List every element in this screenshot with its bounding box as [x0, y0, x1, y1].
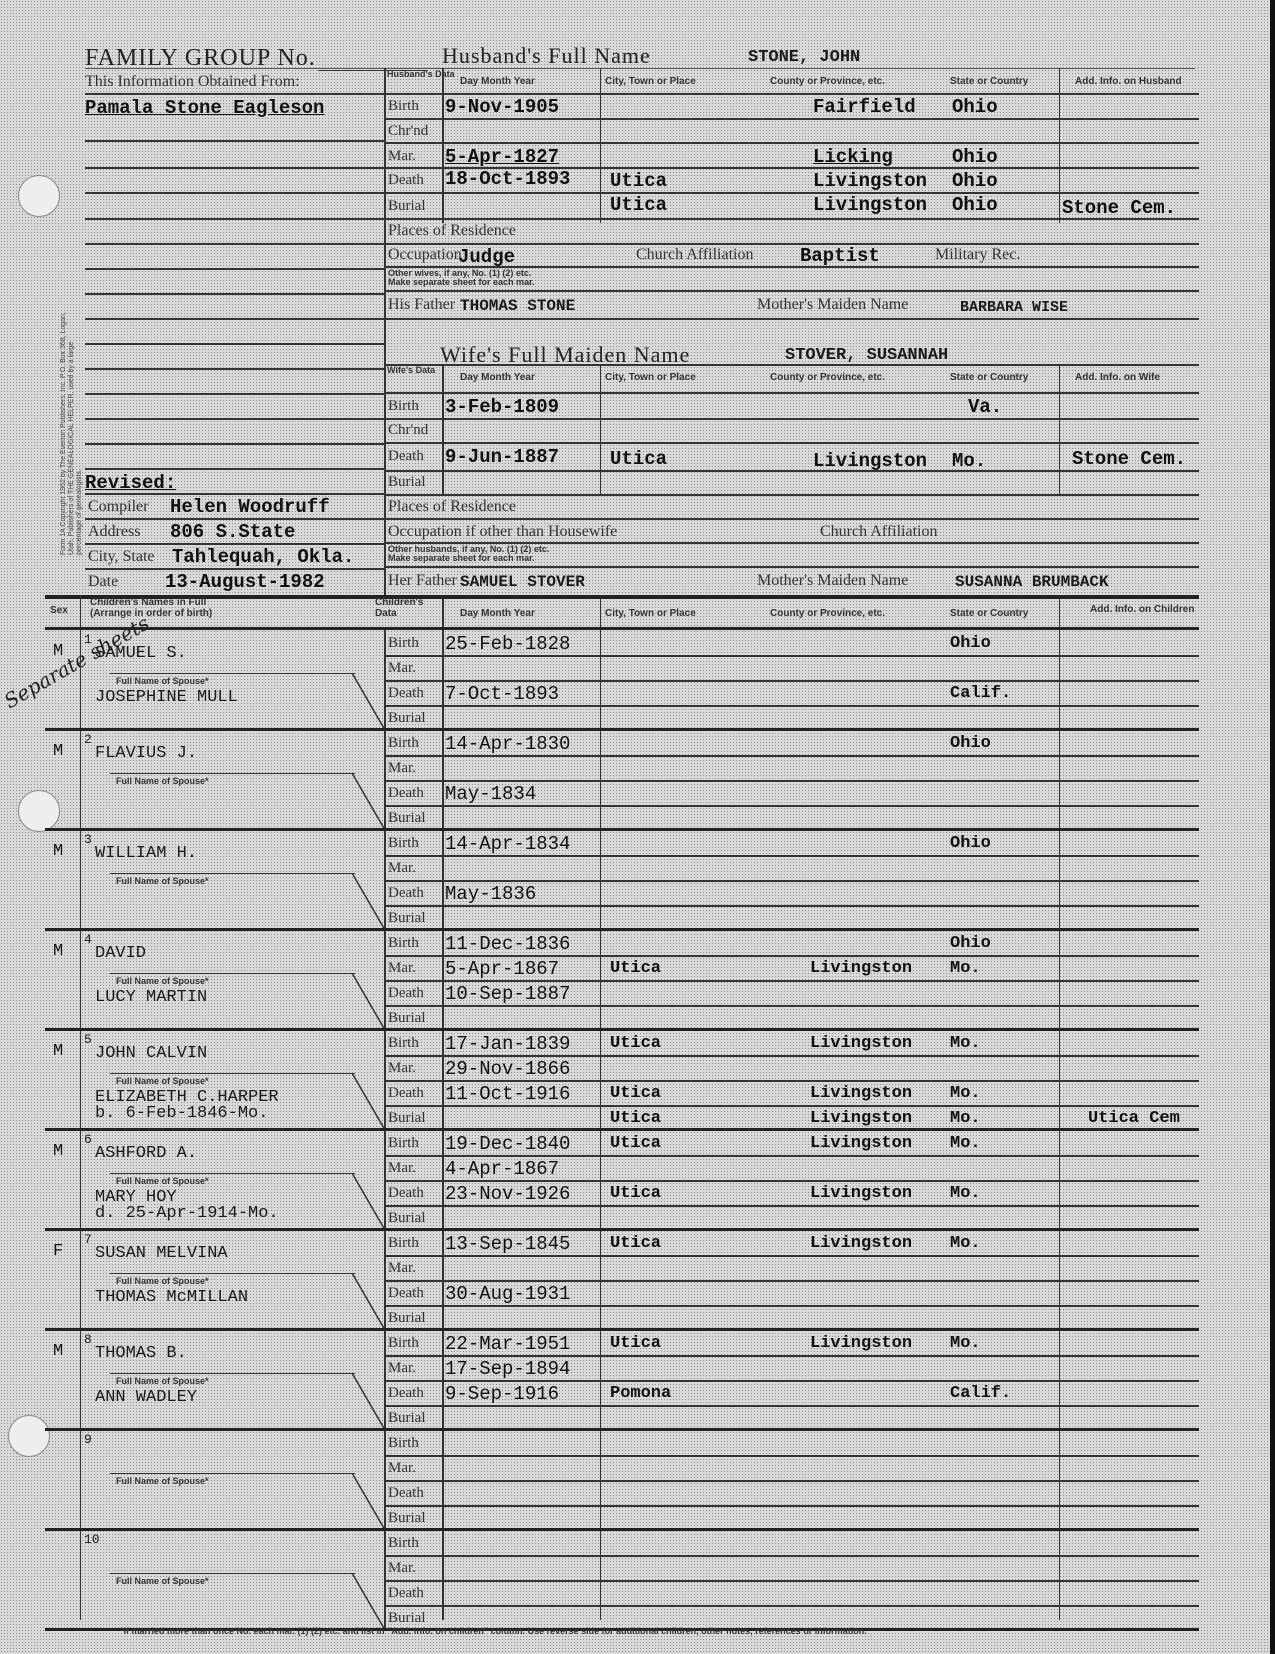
event-label: Birth	[388, 935, 419, 952]
info-obtained-from[interactable]: Pamala Stone Eagleson	[85, 97, 324, 119]
event-date[interactable]: 25-Feb-1828	[445, 633, 570, 655]
event-date[interactable]: 23-Nov-1926	[445, 1183, 570, 1205]
event-label: Death	[388, 1585, 424, 1602]
divider	[85, 140, 385, 142]
divider	[110, 873, 355, 874]
husband-name-label: Husband's Full Name	[442, 43, 651, 69]
event-label: Birth	[388, 98, 419, 115]
divider	[384, 418, 1199, 420]
event-city[interactable]: Utica	[610, 170, 667, 192]
divider	[384, 1030, 386, 1130]
divider	[384, 705, 1199, 707]
event-label: Mar.	[388, 1260, 416, 1277]
event-date[interactable]: May-1834	[445, 783, 536, 805]
her-mother[interactable]: SUSANNA BRUMBACK	[955, 573, 1109, 591]
divider	[85, 243, 385, 245]
event-county[interactable]: Livingston	[810, 1134, 912, 1153]
divider	[384, 1180, 1199, 1182]
event-label: Burial	[388, 1210, 426, 1227]
divider	[384, 93, 1199, 95]
col-city-header: City, Town or Place	[605, 372, 696, 383]
divider	[85, 368, 385, 370]
child-number: 6	[84, 1132, 92, 1147]
divider	[384, 1155, 1199, 1157]
divider	[600, 68, 601, 223]
event-state[interactable]: Ohio	[950, 734, 991, 753]
spouse-label: Full Name of Spouse*	[116, 776, 209, 786]
event-state[interactable]: Mo.	[950, 1109, 981, 1128]
event-label: Birth	[388, 1235, 419, 1252]
event-date[interactable]: 7-Oct-1893	[445, 683, 559, 705]
event-county[interactable]: Livingston	[813, 450, 927, 472]
divider	[384, 1355, 1199, 1357]
header-line: (Arrange in order of birth)	[90, 608, 212, 619]
punch-hole	[8, 1415, 50, 1457]
divider	[384, 318, 1199, 320]
note-line: Make separate sheet for each mar.	[388, 553, 535, 563]
event-label: Burial	[388, 710, 426, 727]
divider	[384, 1480, 1199, 1482]
child-sex[interactable]: M	[53, 642, 63, 661]
event-add-info[interactable]: Stone Cem.	[1062, 197, 1176, 219]
event-date[interactable]: May-1836	[445, 883, 536, 905]
event-label: Death	[388, 1485, 424, 1502]
child-sex[interactable]: M	[53, 842, 63, 861]
event-label: Birth	[388, 398, 419, 415]
spouse-label: Full Name of Spouse*	[116, 1376, 209, 1386]
spouse-label: Full Name of Spouse*	[116, 1276, 209, 1286]
event-label: Death	[388, 985, 424, 1002]
event-state[interactable]: Mo.	[952, 450, 986, 472]
divider	[384, 1580, 1199, 1582]
divider	[85, 468, 385, 470]
spouse-name[interactable]: ANN WADLEY	[95, 1388, 197, 1407]
event-date[interactable]: 5-Apr-1867	[445, 958, 559, 980]
col-date-header: Day Month Year	[460, 372, 535, 383]
divider	[442, 364, 444, 494]
event-date[interactable]: 17-Jan-1839	[445, 1033, 570, 1055]
divider	[384, 1330, 386, 1430]
child-sex[interactable]: M	[53, 1042, 63, 1061]
divider	[384, 494, 1199, 496]
divider	[110, 1373, 355, 1374]
footer-note: *If married more than once No. each mar.…	[120, 1626, 867, 1636]
divider	[384, 630, 386, 730]
child-name[interactable]: ASHFORD A.	[95, 1144, 197, 1163]
event-date[interactable]: 4-Apr-1867	[445, 1158, 559, 1180]
wife-data-header: Wife's Data	[387, 366, 435, 375]
event-county[interactable]: Livingston	[810, 1334, 912, 1353]
event-label: Mar.	[388, 1360, 416, 1377]
event-label: Mar.	[388, 1460, 416, 1477]
event-label: Birth	[388, 1035, 419, 1052]
event-date[interactable]: 11-Oct-1916	[445, 1083, 570, 1105]
event-city[interactable]: Utica	[610, 1034, 661, 1053]
divider	[384, 364, 1199, 366]
divider	[1059, 68, 1060, 223]
divider	[85, 568, 385, 570]
child-number: 1	[84, 632, 92, 647]
address-value[interactable]: 806 S.State	[170, 521, 295, 543]
event-date[interactable]: 9-Jun-1887	[445, 446, 559, 468]
event-county[interactable]: Livingston	[813, 194, 927, 216]
copyright-notice: Form 1A Copyright 1962 by The Everton Pu…	[60, 305, 84, 555]
event-date[interactable]: 30-Aug-1931	[445, 1283, 570, 1305]
child-sex[interactable]: F	[53, 1242, 63, 1261]
divider	[384, 730, 386, 830]
event-state[interactable]: Mo.	[950, 1034, 981, 1053]
divider	[85, 268, 385, 270]
child-sex[interactable]: M	[53, 1142, 63, 1161]
event-label: Birth	[388, 1335, 419, 1352]
spouse-label: Full Name of Spouse*	[116, 876, 209, 886]
child-name[interactable]: DAVID	[95, 944, 146, 963]
spouse-label: Full Name of Spouse*	[116, 1076, 209, 1086]
divider	[384, 192, 1199, 194]
child-number: 8	[84, 1332, 92, 1347]
divider	[384, 680, 1199, 682]
event-label: Burial	[388, 198, 426, 215]
child-number: 3	[84, 832, 92, 847]
child-name[interactable]: THOMAS B.	[95, 1344, 187, 1363]
her-father[interactable]: SAMUEL STOVER	[460, 573, 585, 591]
event-label: Mar.	[388, 960, 416, 977]
divider	[110, 1573, 355, 1574]
event-label: Death	[388, 1285, 424, 1302]
wife-occupation-label: Occupation if other than Housewife	[388, 523, 617, 541]
event-label: Birth	[388, 635, 419, 652]
divider	[384, 1055, 1199, 1057]
event-date[interactable]: 5-Apr-1827	[445, 146, 559, 168]
child-name[interactable]: JOHN CALVIN	[95, 1044, 207, 1063]
other-wives-note: Other wives, if any, No. (1) (2) etc.Mak…	[388, 269, 535, 287]
divider	[384, 830, 386, 930]
event-county[interactable]: Livingston	[813, 170, 927, 192]
event-label: Burial	[388, 1310, 426, 1327]
event-state[interactable]: Mo.	[950, 1334, 981, 1353]
event-date[interactable]: 14-Apr-1834	[445, 833, 570, 855]
divider	[85, 93, 385, 95]
event-state[interactable]: Mo.	[950, 1234, 981, 1253]
divider	[442, 68, 444, 223]
divider	[45, 595, 1199, 599]
her-father-label: Her Father	[388, 572, 457, 590]
his-father-label: His Father	[388, 296, 455, 314]
col-city-header: City, Town or Place	[605, 608, 696, 619]
event-state[interactable]: Mo.	[950, 1134, 981, 1153]
event-label: Burial	[388, 1410, 426, 1427]
date-label: Date	[88, 573, 118, 591]
divider	[384, 566, 1199, 568]
event-label: Birth	[388, 835, 419, 852]
divider	[384, 855, 1199, 857]
divider	[85, 493, 385, 495]
divider	[600, 364, 601, 494]
his-father[interactable]: THOMAS STONE	[460, 297, 575, 315]
spouse-label: Full Name of Spouse*	[116, 1476, 209, 1486]
wife-residence-label: Places of Residence	[388, 498, 516, 516]
divider	[384, 1105, 1199, 1107]
divider	[384, 1405, 1199, 1407]
child-sex[interactable]: M	[53, 1342, 63, 1361]
child-number: 10	[84, 1532, 100, 1547]
event-state[interactable]: Ohio	[952, 194, 998, 216]
spouse-name[interactable]: LUCY MARTIN	[95, 988, 207, 1007]
event-county[interactable]: Livingston	[810, 1109, 912, 1128]
event-state[interactable]: Ohio	[952, 146, 998, 168]
col-add-children-header: Add. Info. on Children	[1090, 604, 1198, 615]
event-label: Burial	[388, 1110, 426, 1127]
divider	[110, 973, 355, 974]
event-label: Mar.	[388, 760, 416, 777]
divider	[384, 880, 1199, 882]
divider	[85, 167, 385, 169]
child-number: 5	[84, 1032, 92, 1047]
divider	[384, 1555, 1199, 1557]
event-add-info[interactable]: Stone Cem.	[1072, 448, 1186, 470]
event-label: Mar.	[388, 860, 416, 877]
divider	[384, 1255, 1199, 1257]
child-name[interactable]: SUSAN MELVINA	[95, 1244, 228, 1263]
event-state[interactable]: Ohio	[952, 170, 998, 192]
revised-label: Revised:	[85, 472, 176, 494]
col-add-wife-header: Add. Info. on Wife	[1075, 372, 1160, 383]
husband-name[interactable]: STONE, JOHN	[748, 48, 860, 67]
event-county[interactable]: Fairfield	[813, 96, 916, 118]
info-obtained-label: This Information Obtained From:	[85, 73, 300, 91]
husband-church[interactable]: Baptist	[800, 245, 880, 267]
event-state[interactable]: Ohio	[950, 934, 991, 953]
page-edge	[1270, 0, 1275, 1654]
event-label: Death	[388, 885, 424, 902]
child-sex[interactable]: M	[53, 942, 63, 961]
event-label: Birth	[388, 1535, 419, 1552]
event-state[interactable]: Calif.	[950, 1384, 1011, 1403]
divider	[384, 655, 1199, 657]
event-state[interactable]: Ohio	[950, 834, 991, 853]
address-label: Address	[88, 523, 140, 541]
col-city-header: City, Town or Place	[605, 76, 696, 87]
divider	[384, 805, 1199, 807]
event-city[interactable]: Utica	[610, 1334, 661, 1353]
husband-church-label: Church Affiliation	[636, 246, 753, 264]
divider	[85, 543, 385, 545]
divider	[384, 1205, 1199, 1207]
divider	[384, 905, 1199, 907]
divider	[384, 118, 1199, 120]
event-label: Birth	[388, 1435, 419, 1452]
spouse-name[interactable]: JOSEPHINE MULL	[95, 688, 238, 707]
child-name[interactable]: FLAVIUS J.	[95, 744, 197, 763]
city-state-label: City, State	[88, 548, 155, 566]
event-label: Mar.	[388, 1060, 416, 1077]
divider	[384, 243, 1199, 245]
divider	[85, 318, 385, 320]
header-line: Children's Names in Full	[90, 597, 206, 608]
compiler-name[interactable]: Helen Woodruff	[170, 496, 330, 518]
col-add-husband-header: Add. Info. on Husband	[1075, 76, 1195, 87]
divider	[85, 518, 385, 520]
divider	[85, 418, 385, 420]
punch-hole	[18, 175, 60, 217]
event-label: Death	[388, 1385, 424, 1402]
event-state[interactable]: Ohio	[952, 96, 998, 118]
husband-occupation-label: Occupation	[388, 246, 462, 264]
spouse-label: Full Name of Spouse*	[116, 976, 209, 986]
event-label: Death	[388, 1085, 424, 1102]
divider	[384, 1080, 1199, 1082]
event-date[interactable]: 10-Sep-1887	[445, 983, 570, 1005]
divider	[384, 518, 1199, 520]
divider	[110, 1273, 355, 1274]
his-mother-label: Mother's Maiden Name	[757, 296, 908, 314]
divider	[384, 980, 1199, 982]
event-date[interactable]: 9-Nov-1905	[445, 96, 559, 118]
child-number: 7	[84, 1232, 92, 1247]
divider	[1059, 364, 1060, 494]
divider	[85, 218, 385, 220]
divider	[85, 192, 385, 194]
event-county[interactable]: Licking	[813, 146, 893, 168]
event-state[interactable]: Va.	[968, 396, 1002, 418]
city-state-value[interactable]: Tahlequah, Okla.	[172, 546, 354, 568]
col-date-header: Day Month Year	[460, 76, 535, 87]
event-county[interactable]: Livingston	[810, 1084, 912, 1103]
wife-church-label: Church Affiliation	[820, 523, 937, 541]
event-city[interactable]: Utica	[610, 1184, 661, 1203]
event-date[interactable]: 22-Mar-1951	[445, 1333, 570, 1355]
wife-name[interactable]: STOVER, SUSANNAH	[785, 346, 948, 365]
event-city[interactable]: Utica	[610, 1134, 661, 1153]
spouse-note[interactable]: b. 6-Feb-1846-Mo.	[95, 1104, 268, 1123]
event-city[interactable]: Utica	[610, 959, 661, 978]
divider	[384, 470, 1199, 472]
col-county-header: County or Province, etc.	[770, 608, 885, 619]
event-city[interactable]: Utica	[610, 1084, 661, 1103]
child-sex[interactable]: M	[53, 742, 63, 761]
other-husbands-note: Other husbands, if any, No. (1) (2) etc.…	[388, 545, 549, 563]
date-value[interactable]: 13-August-1982	[165, 571, 325, 593]
event-label: Birth	[388, 1135, 419, 1152]
divider	[110, 1073, 355, 1074]
sex-header: Sex	[50, 605, 68, 616]
col-state-header: State or Country	[950, 608, 1028, 619]
divider	[384, 1505, 1199, 1507]
child-name[interactable]: SAMUEL S.	[95, 644, 187, 663]
event-county[interactable]: Livingston	[810, 1184, 912, 1203]
event-date[interactable]: 29-Nov-1866	[445, 1058, 570, 1080]
event-city[interactable]: Utica	[610, 1109, 661, 1128]
divider	[384, 930, 386, 1030]
divider	[384, 780, 1199, 782]
event-state[interactable]: Mo.	[950, 1084, 981, 1103]
event-city[interactable]: Utica	[610, 194, 667, 216]
divider	[384, 392, 1199, 394]
event-date[interactable]: 13-Sep-1845	[445, 1233, 570, 1255]
spouse-note[interactable]: d. 25-Apr-1914-Mo.	[95, 1204, 279, 1223]
event-state[interactable]: Ohio	[950, 634, 991, 653]
col-state-header: State or Country	[950, 372, 1028, 383]
child-number: 4	[84, 932, 92, 947]
event-date[interactable]: 17-Sep-1894	[445, 1358, 570, 1380]
event-label: Death	[388, 785, 424, 802]
event-date[interactable]: 11-Dec-1836	[445, 933, 570, 955]
child-number: 9	[84, 1432, 92, 1447]
event-label: Burial	[388, 810, 426, 827]
event-state[interactable]: Calif.	[950, 684, 1011, 703]
event-label: Birth	[388, 735, 419, 752]
event-city[interactable]: Pomona	[610, 1384, 671, 1403]
spouse-label: Full Name of Spouse*	[116, 1176, 209, 1186]
event-label: Burial	[388, 910, 426, 927]
col-state-header: State or Country	[950, 76, 1028, 87]
event-date[interactable]: 14-Apr-1830	[445, 733, 570, 755]
husband-occupation[interactable]: Judge	[458, 246, 515, 268]
event-county[interactable]: Livingston	[810, 959, 912, 978]
event-county[interactable]: Livingston	[810, 1234, 912, 1253]
child-name[interactable]: WILLIAM H.	[95, 844, 197, 863]
divider	[384, 1130, 386, 1230]
divider	[85, 343, 385, 345]
children-data-header: Children's Data	[375, 597, 435, 619]
her-mother-label: Mother's Maiden Name	[757, 572, 908, 590]
husband-residence-label: Places of Residence	[388, 222, 516, 240]
compiler-label: Compiler	[88, 498, 148, 516]
his-mother[interactable]: BARBARA WISE	[960, 299, 1068, 316]
event-date[interactable]: 3-Feb-1809	[445, 396, 559, 418]
col-county-header: County or Province, etc.	[770, 372, 885, 383]
divider	[110, 673, 355, 674]
divider	[384, 290, 1199, 292]
spouse-label: Full Name of Spouse*	[116, 676, 209, 686]
divider	[85, 68, 1195, 69]
event-label: Death	[388, 685, 424, 702]
col-date-header: Day Month Year	[460, 608, 535, 619]
child-number: 2	[84, 732, 92, 747]
divider	[384, 1230, 386, 1330]
divider	[384, 1530, 386, 1630]
divider	[384, 142, 1199, 144]
event-label: Death	[388, 1185, 424, 1202]
event-state[interactable]: Mo.	[950, 959, 981, 978]
divider	[384, 1380, 1199, 1382]
event-date[interactable]: 19-Dec-1840	[445, 1133, 570, 1155]
event-city[interactable]: Utica	[610, 448, 667, 470]
husband-data-header: Husband's Data	[387, 70, 455, 79]
event-label: Burial	[388, 1010, 426, 1027]
spouse-name[interactable]: THOMAS McMILLAN	[95, 1288, 248, 1307]
event-state[interactable]: Mo.	[950, 1184, 981, 1203]
divider	[110, 773, 355, 774]
event-label: Burial	[388, 1510, 426, 1527]
col-county-header: County or Province, etc.	[770, 76, 885, 87]
event-label: Burial	[388, 474, 426, 491]
event-county[interactable]: Livingston	[810, 1034, 912, 1053]
divider	[384, 1430, 386, 1530]
event-date[interactable]: 9-Sep-1916	[445, 1383, 559, 1405]
divider	[85, 393, 385, 395]
divider	[85, 293, 385, 295]
husband-military-label: Military Rec.	[935, 246, 1020, 264]
event-date[interactable]: 18-Oct-1893	[445, 168, 570, 190]
event-city[interactable]: Utica	[610, 1234, 661, 1253]
divider	[110, 1473, 355, 1474]
divider	[384, 1005, 1199, 1007]
divider	[384, 218, 1199, 220]
children-names-header: Children's Names in Full(Arrange in orde…	[90, 597, 212, 619]
event-add-info[interactable]: Utica Cem	[1088, 1109, 1180, 1128]
divider	[384, 1305, 1199, 1307]
